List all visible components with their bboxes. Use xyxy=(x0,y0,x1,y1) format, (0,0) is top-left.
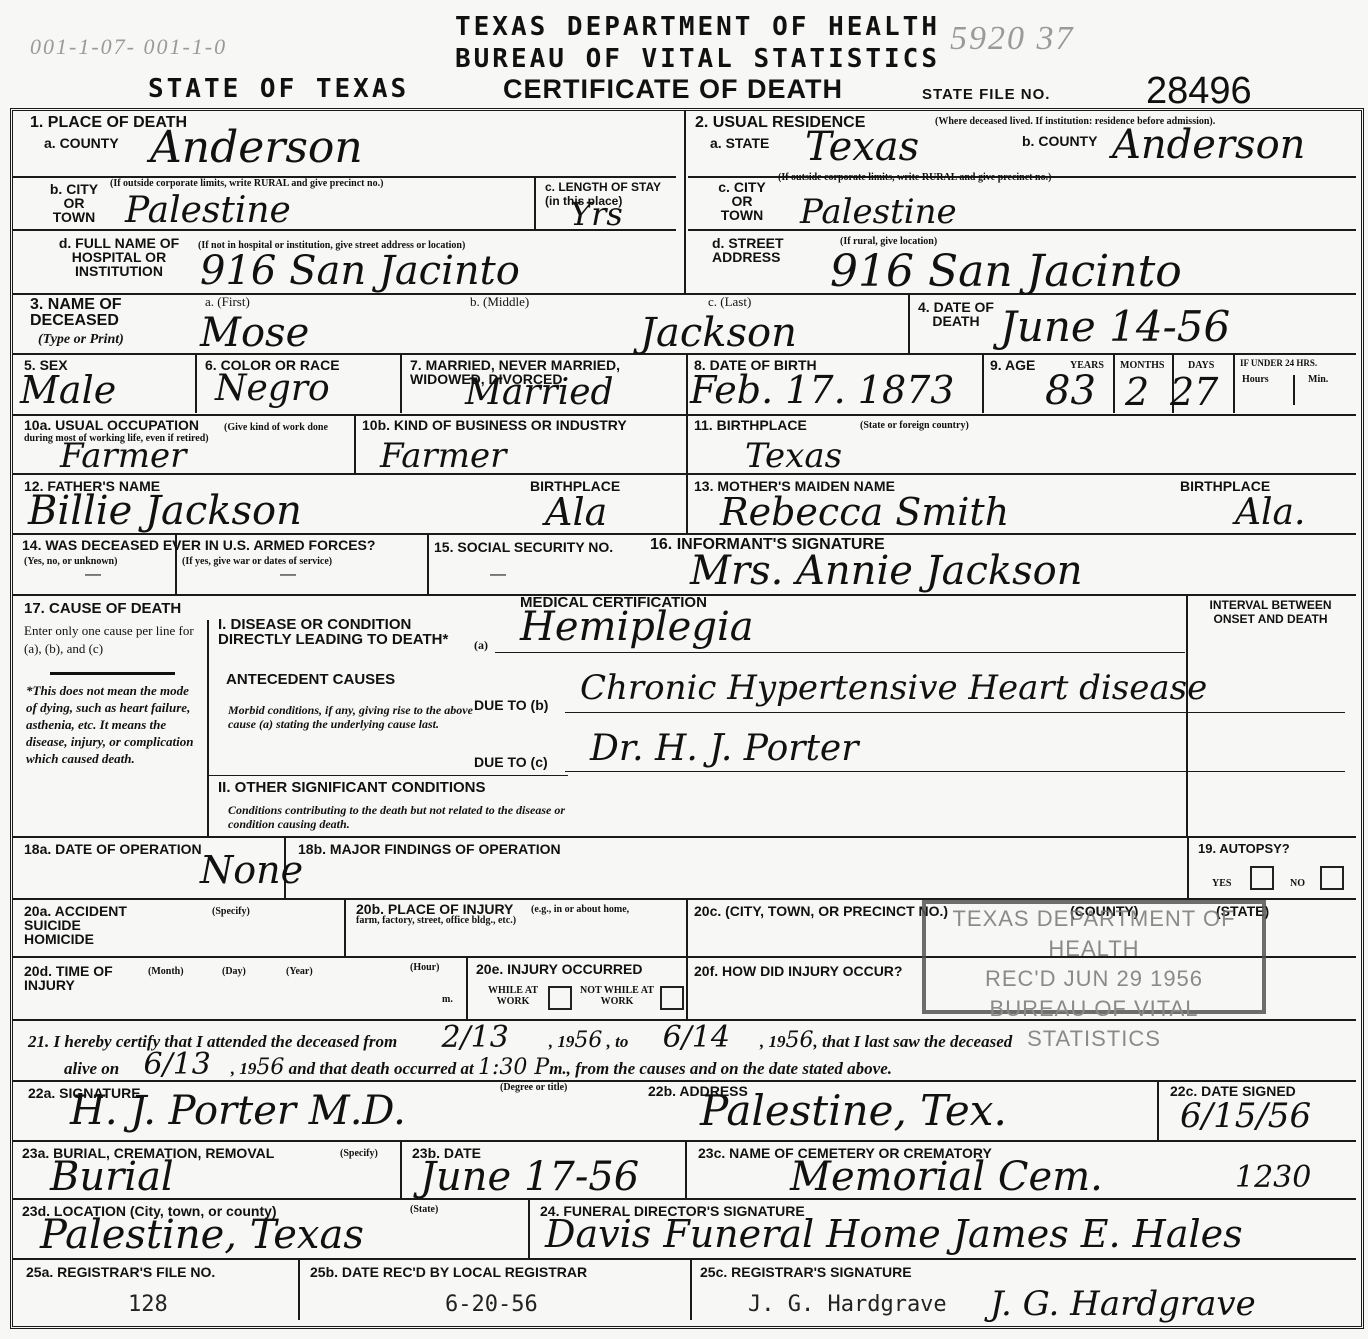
deceased-name-label: 3. NAME OF DECEASED xyxy=(30,297,160,329)
certifier-address-field[interactable]: Palestine, Tex. xyxy=(700,1086,1007,1135)
cause-line-a-field[interactable]: Hemiplegia xyxy=(520,604,754,650)
operation-date-label: 18a. DATE OF OPERATION xyxy=(24,842,202,856)
residence-street-field[interactable]: 916 San Jacinto xyxy=(830,246,1182,297)
age-years-field[interactable]: 83 xyxy=(1045,368,1096,414)
residence-county-label: b. COUNTY xyxy=(1022,134,1097,148)
father-name-field[interactable]: Billie Jackson xyxy=(28,488,302,534)
first-name-field[interactable]: Mose xyxy=(200,310,309,356)
deceased-name-hint: (Type or Print) xyxy=(38,332,124,347)
occupation-field[interactable]: Farmer xyxy=(60,436,186,476)
cause-of-death-note: *This does not mean the mode of dying, s… xyxy=(26,682,202,767)
stamp-line-1: TEXAS DEPARTMENT OF HEALTH xyxy=(926,904,1262,964)
informant-signature-field[interactable]: Mrs. Annie Jackson xyxy=(690,548,1083,594)
under-24-hours-label: IF UNDER 24 HRS. xyxy=(1240,358,1317,369)
death-county-field[interactable]: Anderson xyxy=(150,122,363,173)
not-while-at-work-checkbox[interactable] xyxy=(660,986,684,1010)
while-at-work-label: WHILE AT WORK xyxy=(478,985,548,1007)
other-conditions-label: II. OTHER SIGNIFICANT CONDITIONS xyxy=(218,781,486,795)
hours-label: Hours xyxy=(1242,374,1269,385)
residence-state-field[interactable]: Texas xyxy=(805,124,919,170)
meridiem-hint: m. xyxy=(442,994,453,1005)
not-while-at-work-label: NOT WHILE AT WORK xyxy=(576,985,658,1007)
pencil-note-right: 5920 37 xyxy=(950,20,1075,58)
registrar-file-field[interactable]: 128 xyxy=(128,1292,168,1317)
age-months-field[interactable]: 2 xyxy=(1125,370,1149,414)
day-hint: (Day) xyxy=(222,966,246,977)
death-city-field[interactable]: Palestine xyxy=(125,190,291,231)
last-seen-year-field[interactable]: 56 xyxy=(256,1055,284,1080)
how-injury-occurred-label: 20f. HOW DID INJURY OCCUR? xyxy=(694,964,902,978)
place-of-injury-hint: (e.g., in or about home, farm, factory, … xyxy=(356,904,636,926)
disposition-hint: (Specify) xyxy=(340,1148,378,1159)
registrar-typed-name: J. G. Hardgrave xyxy=(748,1292,947,1317)
injury-city-label: 20c. (CITY, TOWN, OR PRECINCT NO.) xyxy=(694,904,948,918)
injury-occurred-label: 20e. INJURY OCCURRED xyxy=(476,962,643,976)
received-stamp: TEXAS DEPARTMENT OF HEALTH REC'D JUN 29 … xyxy=(922,900,1266,1014)
marital-status-field[interactable]: Married xyxy=(465,372,614,413)
age-days-field[interactable]: 27 xyxy=(1170,370,1218,414)
stamp-line-2: REC'D JUN 29 1956 xyxy=(926,964,1262,994)
residence-street-label: d. STREET ADDRESS xyxy=(712,236,802,264)
autopsy-no-checkbox[interactable] xyxy=(1320,866,1344,890)
autopsy-yes-label: YES xyxy=(1212,878,1231,889)
degree-hint: (Degree or title) xyxy=(500,1082,567,1093)
registrar-file-label: 25a. REGISTRAR'S FILE NO. xyxy=(26,1265,215,1279)
operation-date-field[interactable]: None xyxy=(200,848,303,892)
due-to-c-label: DUE TO (c) xyxy=(474,755,548,769)
mother-birthplace-field[interactable]: Ala. xyxy=(1235,492,1305,533)
certifier-signature-field[interactable]: H. J. Porter M.D. xyxy=(70,1088,406,1134)
death-county-label: a. COUNTY xyxy=(44,136,119,150)
line-a-label: (a) xyxy=(474,640,488,651)
residence-city-label: c. CITY OR TOWN xyxy=(712,180,772,222)
year-hint: (Year) xyxy=(286,966,313,977)
accident-type-hint: (Specify) xyxy=(212,906,250,917)
last-seen-alive-field[interactable]: 6/13 xyxy=(124,1047,231,1082)
residence-city-field[interactable]: Palestine xyxy=(800,192,957,232)
cemetery-note: 1230 xyxy=(1235,1160,1311,1195)
registrar-signature-field[interactable]: J. G. Hardgrave xyxy=(990,1284,1256,1324)
part-one-label: I. DISEASE OR CONDITION DIRECTLY LEADING… xyxy=(218,617,468,647)
sex-field[interactable]: Male xyxy=(20,368,116,412)
time-of-injury-label: 20d. TIME OF INJURY xyxy=(24,964,124,992)
state-file-label: STATE FILE NO. xyxy=(922,86,1050,103)
state-heading: STATE OF TEXAS xyxy=(148,74,409,104)
registrar-date-field[interactable]: 6-20-56 xyxy=(445,1292,538,1317)
mother-birthplace-label: BIRTHPLACE xyxy=(1180,479,1270,493)
residence-city-hint: (If outside corporate limits, write RURA… xyxy=(778,172,1338,183)
social-security-field[interactable]: — xyxy=(490,566,506,584)
armed-forces-field[interactable]: — xyxy=(85,566,101,584)
cemetery-field[interactable]: Memorial Cem. xyxy=(790,1154,1103,1200)
birthplace-label: 11. BIRTHPLACE xyxy=(694,418,807,432)
antecedent-causes-hint: Morbid conditions, if any, giving rise t… xyxy=(228,703,473,731)
pencil-note-left: 001-1-07- 001-1-0 xyxy=(30,34,227,60)
burial-location-field[interactable]: Palestine, Texas xyxy=(40,1212,364,1258)
cause-of-death-hint: Enter only one cause per line for (a), (… xyxy=(24,622,200,658)
residence-county-field[interactable]: Anderson xyxy=(1112,122,1305,168)
death-city-hint: (If outside corporate limits, write RURA… xyxy=(110,178,520,189)
industry-field[interactable]: Farmer xyxy=(380,436,506,476)
attended-to-year-field[interactable]: 56 xyxy=(785,1028,813,1053)
hospital-label: d. FULL NAME OF HOSPITAL OR INSTITUTION xyxy=(44,236,194,278)
cause-of-death-label: 17. CAUSE OF DEATH xyxy=(24,602,181,616)
while-at-work-checkbox[interactable] xyxy=(548,986,572,1010)
last-name-field[interactable]: Jackson xyxy=(640,310,797,356)
hour-hint: (Hour) xyxy=(410,962,439,973)
autopsy-no-label: NO xyxy=(1290,878,1305,889)
industry-label: 10b. KIND OF BUSINESS OR INDUSTRY xyxy=(362,418,627,432)
first-name-label: a. (First) xyxy=(205,296,250,307)
social-security-label: 15. SOCIAL SECURITY NO. xyxy=(434,540,613,554)
attended-from-field[interactable]: 2/13 xyxy=(401,1020,548,1055)
minutes-label: Min. xyxy=(1308,374,1328,385)
disposition-field[interactable]: Burial xyxy=(50,1154,174,1200)
mother-name-field[interactable]: Rebecca Smith xyxy=(720,490,1009,534)
race-field[interactable]: Negro xyxy=(215,368,330,409)
cause-line-c-field[interactable]: Dr. H. J. Porter xyxy=(590,728,858,769)
operation-findings-label: 18b. MAJOR FINDINGS OF OPERATION xyxy=(298,842,561,856)
department-line-1: TEXAS DEPARTMENT OF HEALTH xyxy=(455,12,940,42)
registrar-signature-label: 25c. REGISTRAR'S SIGNATURE xyxy=(700,1265,912,1279)
certificate-title: CERTIFICATE OF DEATH xyxy=(503,74,843,105)
armed-forces-label: 14. WAS DECEASED EVER IN U.S. ARMED FORC… xyxy=(22,538,375,552)
residence-state-label: a. STATE xyxy=(710,136,769,150)
attended-from-year-field[interactable]: 56 xyxy=(574,1028,602,1053)
armed-forces-hint-1: (Yes, no, or unknown) xyxy=(24,556,117,567)
burial-location-state-hint: (State) xyxy=(410,1204,438,1215)
registrar-date-label: 25b. DATE REC'D BY LOCAL REGISTRAR xyxy=(310,1265,587,1279)
department-line-2: BUREAU OF VITAL STATISTICS xyxy=(455,44,940,74)
antecedent-causes-label: ANTECEDENT CAUSES xyxy=(226,673,395,687)
state-file-number: 28496 xyxy=(1146,70,1252,113)
cause-line-b-field[interactable]: Chronic Hypertensive Heart disease xyxy=(580,668,1207,708)
date-signed-field[interactable]: 6/15/56 xyxy=(1180,1096,1311,1136)
date-of-death-label: 4. DATE OF DEATH xyxy=(916,300,996,328)
month-hint: (Month) xyxy=(148,966,184,977)
middle-name-label: b. (Middle) xyxy=(470,296,529,307)
due-to-b-label: DUE TO (b) xyxy=(474,698,548,712)
funeral-director-field[interactable]: Davis Funeral Home James E. Hales xyxy=(545,1212,1243,1256)
father-birthplace-field[interactable]: Ala xyxy=(545,490,607,534)
birthplace-hint: (State or foreign country) xyxy=(860,420,969,431)
death-time-field[interactable]: 1:30 P xyxy=(478,1055,549,1080)
attending-certification-line-2: alive on 6/13, 1956 and that death occur… xyxy=(64,1055,892,1079)
accident-type-label: 20a. ACCIDENT SUICIDE HOMICIDE xyxy=(24,904,154,946)
date-of-death-field[interactable]: June 14-56 xyxy=(1000,302,1230,351)
attended-to-field[interactable]: 6/14 xyxy=(633,1020,760,1055)
death-city-label: b. CITY OR TOWN xyxy=(44,182,104,224)
burial-date-field[interactable]: June 17-56 xyxy=(420,1154,639,1200)
length-of-stay-field[interactable]: Yrs xyxy=(570,195,623,233)
last-name-label: c. (Last) xyxy=(708,296,751,307)
hospital-field[interactable]: 916 San Jacinto xyxy=(200,248,520,294)
cause-divider xyxy=(50,672,175,675)
autopsy-label: 19. AUTOPSY? xyxy=(1198,842,1290,856)
date-of-birth-field[interactable]: Feb. 17. 1873 xyxy=(690,368,954,412)
autopsy-yes-checkbox[interactable] xyxy=(1250,866,1274,890)
armed-forces-hint-2: (If yes, give war or dates of service) xyxy=(182,556,332,567)
birthplace-field[interactable]: Texas xyxy=(745,436,842,476)
interval-label: INTERVAL BETWEEN ONSET AND DEATH xyxy=(1198,598,1343,626)
age-label: 9. AGE xyxy=(990,358,1035,372)
armed-forces-service-field[interactable]: — xyxy=(280,566,296,584)
other-conditions-hint: Conditions contributing to the death but… xyxy=(228,803,568,831)
